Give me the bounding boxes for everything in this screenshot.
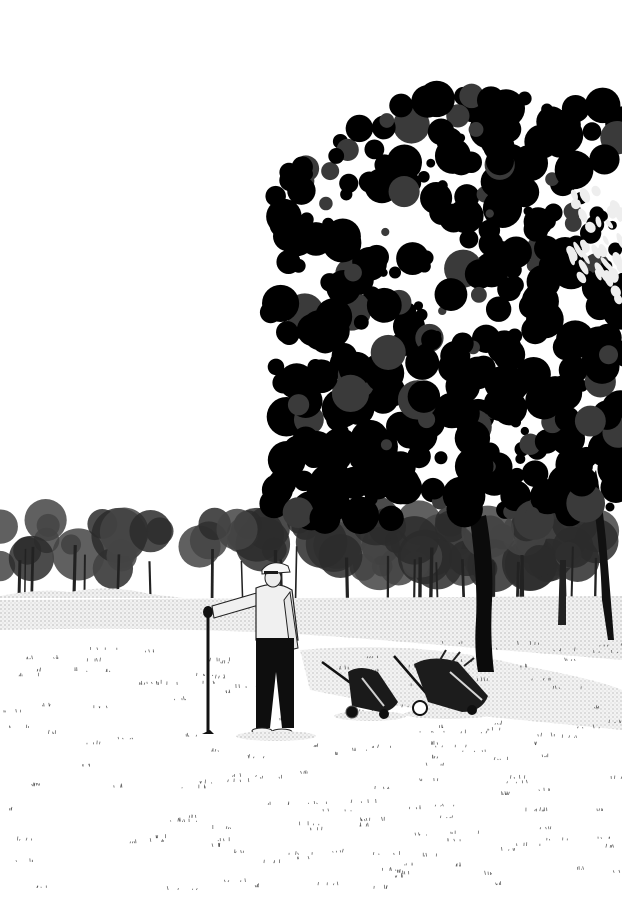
golfer-shadow xyxy=(236,731,316,741)
wheel xyxy=(346,706,358,718)
wheel xyxy=(467,705,477,715)
manga-panel xyxy=(0,0,622,900)
sunglasses xyxy=(264,571,278,574)
trolley-shadow xyxy=(334,711,406,721)
scene-illustration xyxy=(0,0,622,900)
wheel xyxy=(379,709,389,719)
wheel xyxy=(413,701,427,715)
glove xyxy=(203,606,213,618)
